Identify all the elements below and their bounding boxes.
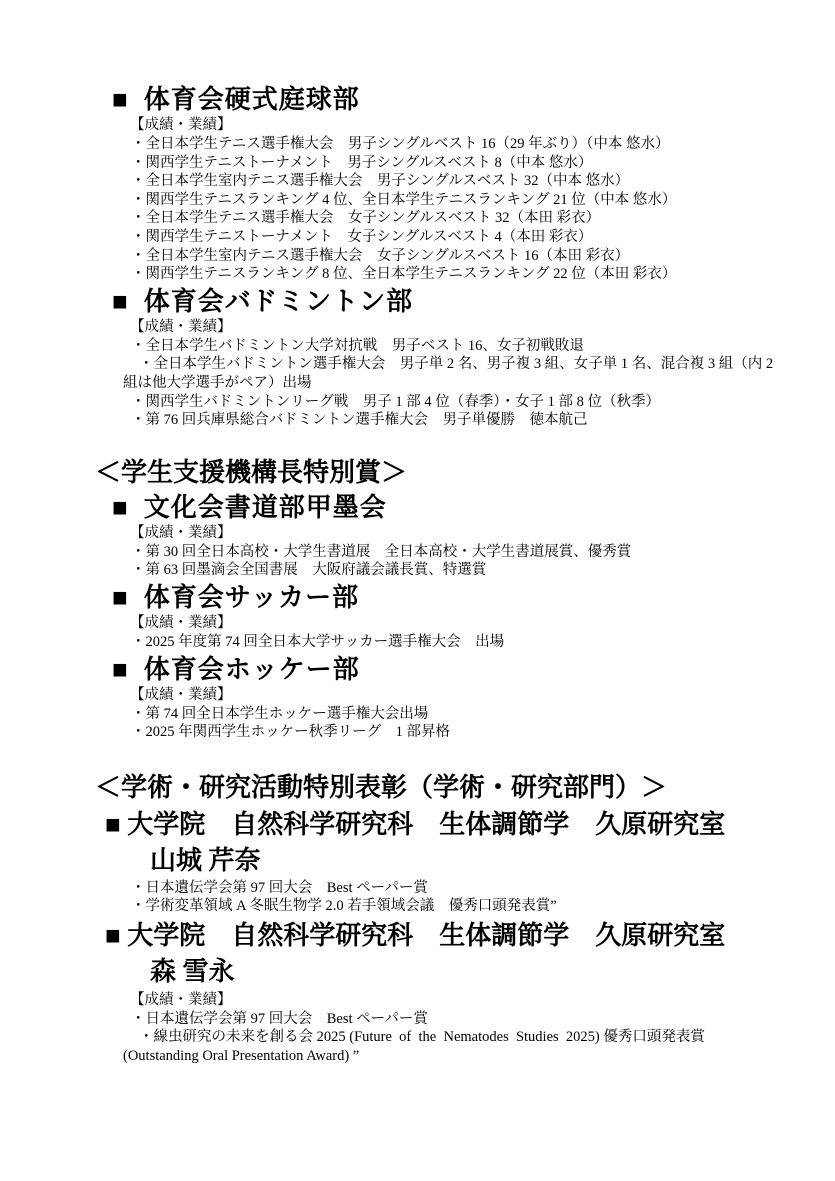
club-heading: ■ 体育会硬式庭球部	[112, 84, 835, 115]
bullet-line: (Outstanding Oral Presentation Award) ”	[123, 1047, 835, 1066]
bullet-line: ・第 63 回墨滴会全国書展 大阪府議会議長賞、特選賞	[131, 561, 835, 580]
bullet-item: ・関西学生テニスランキング 8 位、全日本学生テニスランキング 22 位（本田 …	[0, 265, 835, 284]
bullet-item: ・全日本学生室内テニス選手権大会 男子シングルスベスト 32（中本 悠水）	[0, 172, 835, 191]
club-heading: ■ 体育会バドミントン部	[112, 286, 835, 317]
bullet-line: ・日本遺伝学会第 97 回大会 Best ペーパー賞	[131, 1010, 835, 1029]
bullet-item: ・日本遺伝学会第 97 回大会 Best ペーパー賞	[0, 879, 835, 898]
bullet-item: ・関西学生バドミントンリーグ戦 男子 1 部 4 位（春季）・女子 1 部 8 …	[0, 393, 835, 412]
bullet-line: ・関西学生テニストーナメント 女子シングルスベスト 4（本田 彩衣）	[131, 228, 835, 247]
bullet-line: ・全日本学生室内テニス選手権大会 女子シングルスベスト 16（本田 彩衣）	[131, 247, 835, 266]
bullet-line: ・全日本学生テニス選手権大会 男子シングルベスト 16（29 年ぶり）（中本 悠…	[131, 135, 835, 154]
section-heading: ＜学術・研究活動特別表彰（学術・研究部門）＞	[95, 771, 835, 805]
document-page: ■ 体育会硬式庭球部【成績・業績】・全日本学生テニス選手権大会 男子シングルベス…	[0, 0, 835, 1181]
bullet-line: ・関西学生テニスランキング 4 位、全日本学生テニスランキング 21 位（中本 …	[131, 191, 835, 210]
bullet-item: ・全日本学生バドミントン大学対抗戦 男子ベスト 16、女子初戦敗退	[0, 337, 835, 356]
bullet-item: ・第 76 回兵庫県総合バドミントン選手権大会 男子単優勝 徳本航己	[0, 411, 835, 430]
achievement-label: 【成績・業績】	[130, 116, 835, 135]
bullet-line: ・学術変革領域 A 冬眠生物学 2.0 若手領域会議 優秀口頭発表賞”	[131, 897, 835, 916]
bullet-line: ・2025 年関西学生ホッケー秋季リーグ 1 部昇格	[131, 723, 835, 742]
club-heading: ■ 体育会ホッケー部	[112, 654, 835, 685]
bullet-line: ・全日本学生室内テニス選手権大会 男子シングルスベスト 32（中本 悠水）	[131, 172, 835, 191]
bullet-item: ・全日本学生テニス選手権大会 女子シングルスベスト 32（本田 彩衣）	[0, 209, 835, 228]
bullet-item: ・全日本学生室内テニス選手権大会 女子シングルスベスト 16（本田 彩衣）	[0, 247, 835, 266]
bullet-line: ・全日本学生バドミントン選手権大会 男子単 2 名、男子複 3 組、女子単 1 …	[139, 355, 835, 374]
bullet-item: ・日本遺伝学会第 97 回大会 Best ペーパー賞	[0, 1010, 835, 1029]
bullet-line: ・関西学生テニストーナメント 男子シングルスベスト 8（中本 悠水）	[131, 154, 835, 173]
person-name: 山城 芹奈	[150, 843, 835, 879]
bullet-item: ・線虫研究の未来を創る会 2025 (Future of the Nematod…	[0, 1028, 835, 1065]
spacer	[0, 742, 835, 771]
bullet-item: ・第 63 回墨滴会全国書展 大阪府議会議長賞、特選賞	[0, 561, 835, 580]
bullet-line: ・日本遺伝学会第 97 回大会 Best ペーパー賞	[131, 879, 835, 898]
bullet-line: ・線虫研究の未来を創る会 2025 (Future of the Nematod…	[139, 1028, 835, 1047]
spacer	[0, 430, 835, 456]
bullet-item: ・第 74 回全日本学生ホッケー選手権大会出場	[0, 705, 835, 724]
bullet-line: ・2025 年度第 74 回全日本大学サッカー選手権大会 出場	[131, 633, 835, 652]
bullet-item: ・第 30 回全日本高校・大学生書道展 全日本高校・大学生書道展賞、優秀賞	[0, 543, 835, 562]
club-heading: ■ 体育会サッカー部	[112, 582, 835, 613]
bullet-item: ・2025 年関西学生ホッケー秋季リーグ 1 部昇格	[0, 723, 835, 742]
bullet-item: ・関西学生テニスランキング 4 位、全日本学生テニスランキング 21 位（中本 …	[0, 191, 835, 210]
bullet-line: ・第 76 回兵庫県総合バドミントン選手権大会 男子単優勝 徳本航己	[131, 411, 835, 430]
achievement-label: 【成績・業績】	[130, 524, 835, 543]
research-heading-line: ■ 大学院 自然科学研究科 生体調節学 久原研究室	[105, 918, 835, 954]
achievement-label: 【成績・業績】	[130, 318, 835, 337]
achievement-label: 【成績・業績】	[130, 614, 835, 633]
bullet-item: ・関西学生テニストーナメント 女子シングルスベスト 4（本田 彩衣）	[0, 228, 835, 247]
achievement-label: 【成績・業績】	[130, 686, 835, 705]
research-heading-line: ■ 大学院 自然科学研究科 生体調節学 久原研究室	[105, 807, 835, 843]
person-name: 森 雪永	[150, 954, 835, 990]
bullet-line: ・第 74 回全日本学生ホッケー選手権大会出場	[131, 705, 835, 724]
bullet-item: ・全日本学生バドミントン選手権大会 男子単 2 名、男子複 3 組、女子単 1 …	[0, 355, 835, 392]
bullet-item: ・学術変革領域 A 冬眠生物学 2.0 若手領域会議 優秀口頭発表賞”	[0, 897, 835, 916]
bullet-item: ・関西学生テニストーナメント 男子シングルスベスト 8（中本 悠水）	[0, 154, 835, 173]
bullet-line: ・第 30 回全日本高校・大学生書道展 全日本高校・大学生書道展賞、優秀賞	[131, 543, 835, 562]
bullet-line: ・全日本学生テニス選手権大会 女子シングルスベスト 32（本田 彩衣）	[131, 209, 835, 228]
bullet-item: ・2025 年度第 74 回全日本大学サッカー選手権大会 出場	[0, 633, 835, 652]
bullet-item: ・全日本学生テニス選手権大会 男子シングルベスト 16（29 年ぶり）（中本 悠…	[0, 135, 835, 154]
bullet-line: ・全日本学生バドミントン大学対抗戦 男子ベスト 16、女子初戦敗退	[131, 337, 835, 356]
bullet-line: ・関西学生テニスランキング 8 位、全日本学生テニスランキング 22 位（本田 …	[131, 265, 835, 284]
research-heading: ■ 大学院 自然科学研究科 生体調節学 久原研究室森 雪永	[105, 918, 835, 990]
bullet-line: ・関西学生バドミントンリーグ戦 男子 1 部 4 位（春季）・女子 1 部 8 …	[131, 393, 835, 412]
club-heading: ■ 文化会書道部甲墨会	[112, 492, 835, 523]
achievement-label: 【成績・業績】	[130, 991, 835, 1010]
research-heading: ■ 大学院 自然科学研究科 生体調節学 久原研究室山城 芹奈	[105, 807, 835, 879]
bullet-line: 組は他大学選手がペア）出場	[123, 374, 835, 393]
section-heading: ＜学生支援機構長特別賞＞	[95, 456, 835, 490]
